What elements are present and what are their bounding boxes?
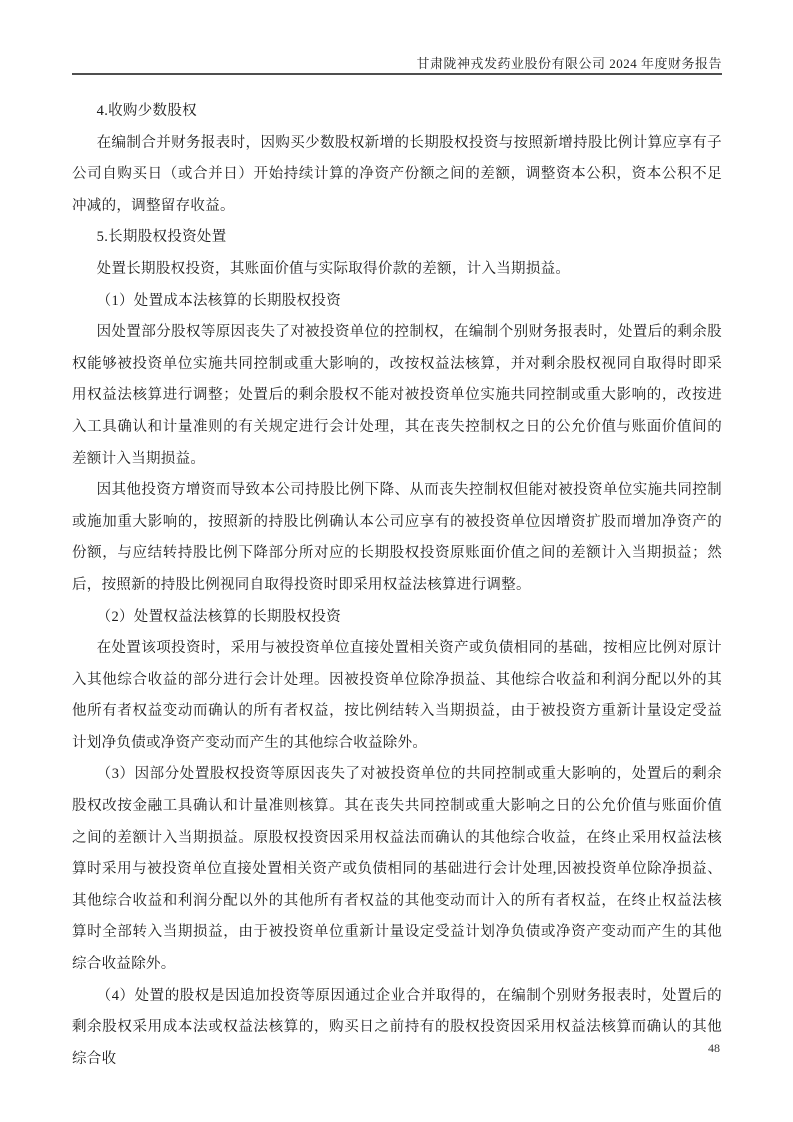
page-number: 48 [708,1041,720,1056]
paragraph-cost-method-1: 因处置部分股权等原因丧失了对被投资单位的控制权，在编制个别财务报表时，处置后的剩… [72,317,722,475]
header-divider-rule [72,73,722,75]
paragraph-minority-equity: 在编制合并财务报表时，因购买少数股权新增的长期股权投资与按照新增持股比例计算应享… [72,128,722,223]
subsection-heading-2: （2）处置权益法核算的长期股权投资 [72,602,722,634]
document-page: 甘肃陇神戎发药业股份有限公司 2024 年度财务报告 4.收购少数股权 在编制合… [0,0,793,1122]
subsection-heading-1: （1）处置成本法核算的长期股权投资 [72,286,722,318]
section-heading-5: 5.长期股权投资处置 [72,222,722,254]
paragraph-item-3: （3）因部分处置股权投资等原因丧失了对被投资单位的共同控制或重大影响的，处置后的… [72,759,722,980]
document-header-title: 甘肃陇神戎发药业股份有限公司 2024 年度财务报告 [72,53,722,72]
section-heading-4: 4.收购少数股权 [72,96,722,128]
paragraph-disposal-intro: 处置长期股权投资，其账面价值与实际取得价款的差额，计入当期损益。 [72,254,722,286]
paragraph-equity-method: 在处置该项投资时，采用与被投资单位直接处置相关资产或负债相同的基础，按相应比例对… [72,633,722,759]
paragraph-cost-method-2: 因其他投资方增资而导致本公司持股比例下降、从而丧失控制权但能对被投资单位实施共同… [72,475,722,601]
document-body: 4.收购少数股权 在编制合并财务报表时，因购买少数股权新增的长期股权投资与按照新… [72,96,722,1075]
paragraph-item-4-truncated: （4）处置的股权是因追加投资等原因通过企业合并取得的，在编制个别财务报表时，处置… [72,981,722,1076]
